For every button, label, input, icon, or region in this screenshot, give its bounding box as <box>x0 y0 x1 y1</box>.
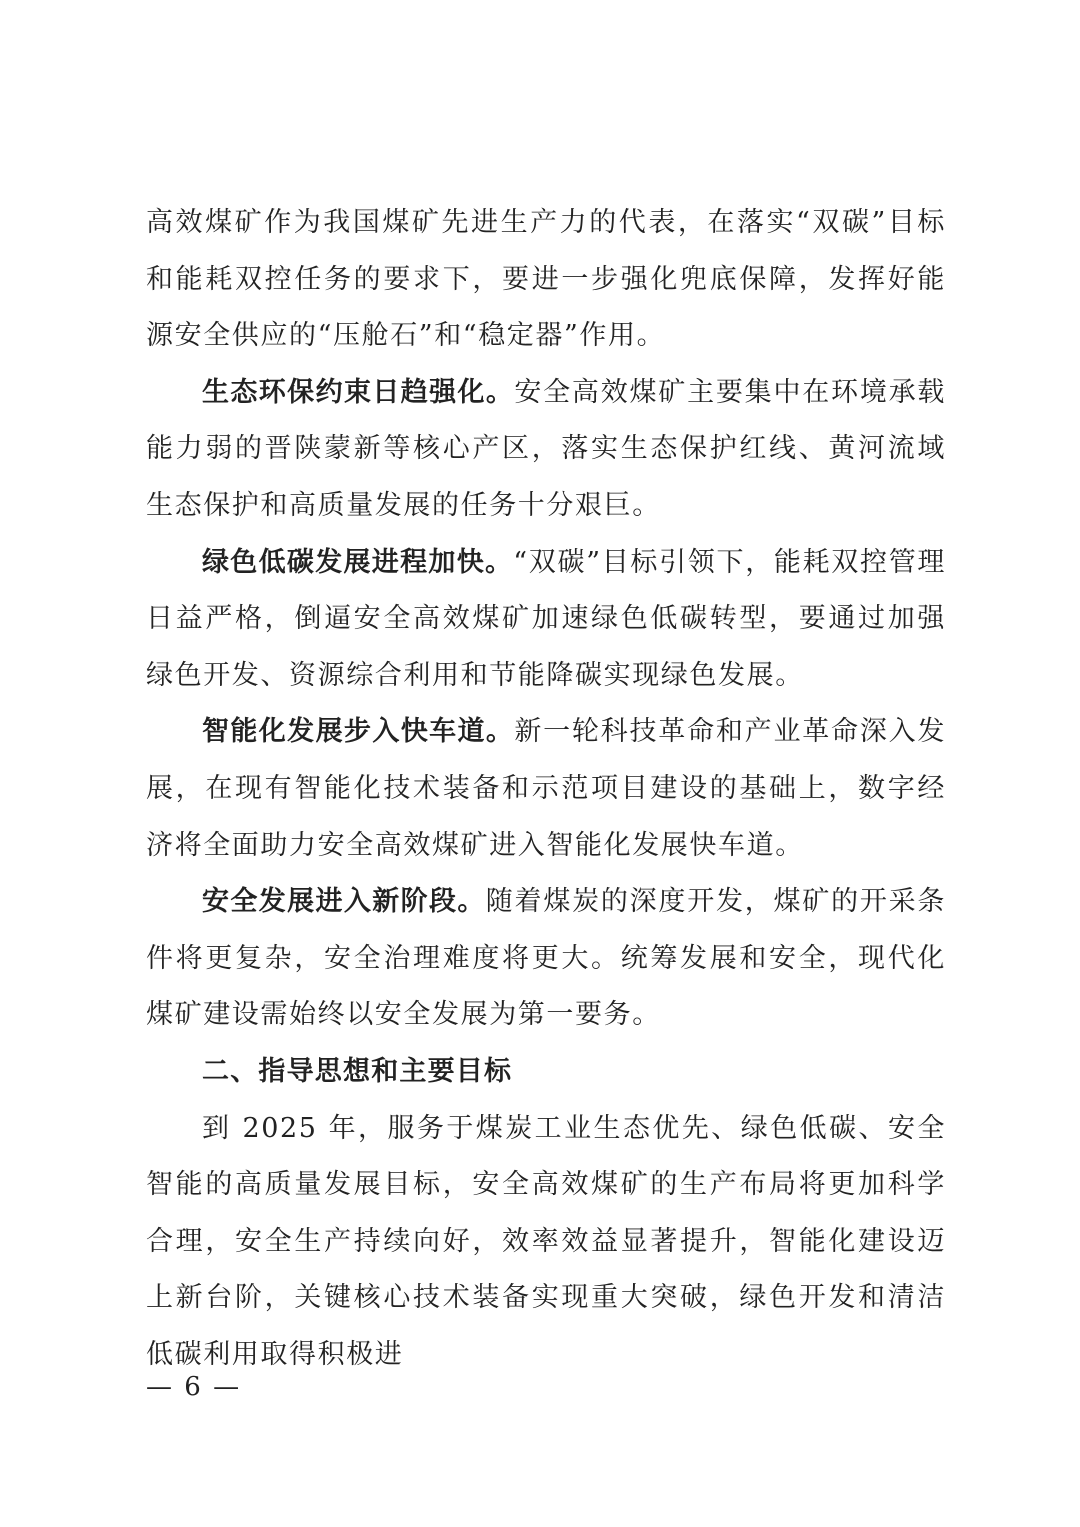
paragraph-ecology: 生态环保约束日趋强化。安全高效煤矿主要集中在环境承载能力弱的晋陕蒙新等核心产区，… <box>146 365 946 535</box>
document-body: 高效煤矿作为我国煤矿先进生产力的代表，在落实“双碳”目标和能耗双控任务的要求下，… <box>146 195 946 1383</box>
paragraph-continuation: 高效煤矿作为我国煤矿先进生产力的代表，在落实“双碳”目标和能耗双控任务的要求下，… <box>146 195 946 365</box>
paragraph-lead-bold: 绿色低碳发展进程加快。 <box>202 547 513 578</box>
paragraph-text: 到 2025 年，服务于煤炭工业生态优先、绿色低碳、安全智能的高质量发展目标，安… <box>146 1113 946 1370</box>
page-number: — 6 — <box>146 1372 241 1402</box>
paragraph-text: 高效煤矿作为我国煤矿先进生产力的代表，在落实“双碳”目标和能耗双控任务的要求下，… <box>146 207 946 351</box>
paragraph-lead-bold: 智能化发展步入快车道。 <box>202 716 514 747</box>
paragraph-safety: 安全发展进入新阶段。随着煤炭的深度开发，煤矿的开采条件将更复杂，安全治理难度将更… <box>146 874 946 1044</box>
paragraph-lead-bold: 生态环保约束日趋强化。 <box>202 377 514 408</box>
section-heading: 二、指导思想和主要目标 <box>146 1044 946 1101</box>
paragraph-green-lowcarbon: 绿色低碳发展进程加快。“双碳”目标引领下，能耗双控管理日益严格，倒逼安全高效煤矿… <box>146 535 946 705</box>
paragraph-lead-bold: 安全发展进入新阶段。 <box>202 886 486 917</box>
paragraph-intelligent: 智能化发展步入快车道。新一轮科技革命和产业革命深入发展，在现有智能化技术装备和示… <box>146 704 946 874</box>
paragraph-goals: 到 2025 年，服务于煤炭工业生态优先、绿色低碳、安全智能的高质量发展目标，安… <box>146 1101 946 1384</box>
document-page: 高效煤矿作为我国煤矿先进生产力的代表，在落实“双碳”目标和能耗双控任务的要求下，… <box>0 0 1080 1527</box>
